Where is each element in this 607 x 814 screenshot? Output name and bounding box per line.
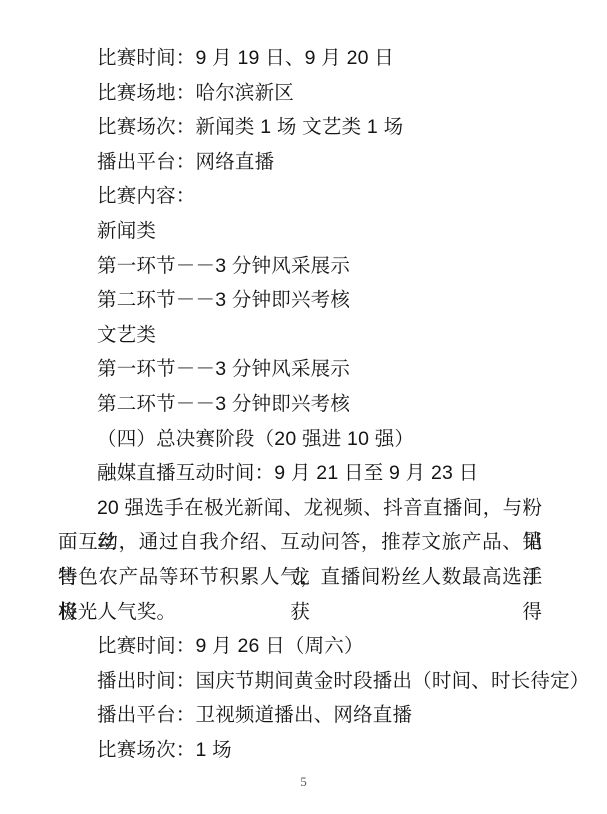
text-line-match-sessions-1: 比赛场次：新闻类 1 场 文艺类 1 场 xyxy=(58,110,542,145)
text-line-match-time-1: 比赛时间：9 月 19 日、9 月 20 日 xyxy=(58,41,542,76)
text-line-arts-stage-2: 第二环节－－3 分钟即兴考核 xyxy=(58,387,542,422)
text-line-broadcast-time: 播出时间：国庆节期间黄金时段播出（时间、时长待定） xyxy=(58,664,542,699)
text-line-final-stage-heading: （四）总决赛阶段（20 强进 10 强） xyxy=(58,422,542,457)
text-line-match-time-2: 比赛时间：9 月 26 日（周六） xyxy=(58,629,542,664)
text-line-arts-stage-1: 第一环节－－3 分钟风采展示 xyxy=(58,352,542,387)
document-body: 比赛时间：9 月 19 日、9 月 20 日 比赛场地：哈尔滨新区 比赛场次：新… xyxy=(58,41,542,767)
text-line-news-stage-2: 第二环节－－3 分钟即兴考核 xyxy=(58,283,542,318)
text-line-paragraph-2: 面互动，通过自我介绍、互动问答，推荐文旅产品、销售龙江 xyxy=(58,525,542,560)
page-number: 5 xyxy=(0,773,607,791)
document-page: 比赛时间：9 月 19 日、9 月 20 日 比赛场地：哈尔滨新区 比赛场次：新… xyxy=(0,0,607,814)
text-line-match-sessions-2: 比赛场次：1 场 xyxy=(58,733,542,768)
text-line-news-stage-1: 第一环节－－3 分钟风采展示 xyxy=(58,249,542,284)
text-line-paragraph-3: 特色农产品等环节积累人气，直播间粉丝人数最高选手将获得 xyxy=(58,560,542,595)
text-line-broadcast-platform-1: 播出平台：网络直播 xyxy=(58,145,542,180)
text-line-news-category: 新闻类 xyxy=(58,214,542,249)
text-line-livestream-time: 融媒直播互动时间：9 月 21 日至 9 月 23 日 xyxy=(58,456,542,491)
text-line-match-content: 比赛内容： xyxy=(58,179,542,214)
text-line-match-venue: 比赛场地：哈尔滨新区 xyxy=(58,76,542,111)
text-line-broadcast-platform-2: 播出平台：卫视频道播出、网络直播 xyxy=(58,698,542,733)
text-line-arts-category: 文艺类 xyxy=(58,318,542,353)
text-line-paragraph-1: 20 强选手在极光新闻、龙视频、抖音直播间，与粉丝见 xyxy=(58,491,542,526)
